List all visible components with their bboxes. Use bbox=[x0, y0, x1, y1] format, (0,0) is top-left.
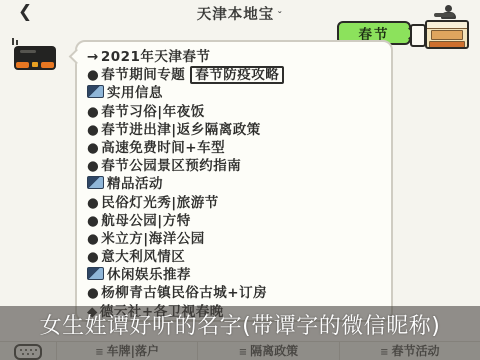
navbar: ❮ 天津本地宝ˇ bbox=[0, 0, 480, 22]
blue-emoji-icon bbox=[87, 267, 104, 280]
bullet-icon: ● bbox=[87, 158, 99, 174]
reply-link-row[interactable]: ●春节进出津|返乡隔离政策 bbox=[87, 121, 383, 139]
reply-link-row[interactable]: ●杨柳青古镇民俗古城+订房 bbox=[87, 284, 383, 302]
bullet-icon: → bbox=[87, 49, 99, 65]
reply-link-text: 高速免费时间+车型 bbox=[101, 140, 225, 156]
title-decoration: ˇ bbox=[277, 11, 283, 22]
reply-link-text: 杨柳青古镇民俗古城+订房 bbox=[101, 285, 267, 301]
reply-link-text: 航母公园|方特 bbox=[101, 213, 190, 229]
account-name: 天津本地宝 bbox=[197, 7, 275, 23]
reply-link-text: 意大利风情区 bbox=[101, 249, 185, 265]
reply-link-row[interactable]: ●春节习俗|年夜饭 bbox=[87, 103, 383, 121]
bullet-icon: ● bbox=[87, 104, 99, 120]
wechat-chat-screen: ❮ 天津本地宝ˇ 春节 →2021年天津春节●春节期间专题春节防疫攻略实用信息●… bbox=[0, 0, 480, 360]
reply-link-row[interactable]: ●春节公园景区预约指南 bbox=[87, 157, 383, 175]
avatar-tick-mark bbox=[12, 38, 14, 45]
reply-link-row[interactable]: ●米立方|海洋公园 bbox=[87, 230, 383, 248]
bullet-icon: ● bbox=[87, 231, 99, 247]
bullet-icon: ● bbox=[87, 140, 99, 156]
avatar-jar-shape bbox=[410, 24, 426, 47]
reply-link-text: 春节期间专题 bbox=[101, 67, 185, 83]
blue-emoji-icon bbox=[87, 176, 104, 189]
reply-link-text: 春节进出津|返乡隔离政策 bbox=[101, 122, 260, 138]
bullet-icon: ● bbox=[87, 67, 99, 83]
account-reply-bubble: →2021年天津春节●春节期间专题春节防疫攻略实用信息●春节习俗|年夜饭●春节进… bbox=[75, 40, 393, 322]
reply-link-text: 精品活动 bbox=[107, 176, 163, 192]
boxed-link-text[interactable]: 春节防疫攻略 bbox=[190, 66, 284, 84]
image-caption: 女生姓谭好听的名字(带谭字的微信昵称) bbox=[0, 309, 480, 340]
reply-link-text: 米立方|海洋公园 bbox=[101, 231, 204, 247]
person-icon bbox=[445, 5, 452, 12]
reply-link-row[interactable]: ●民俗灯光秀|旅游节 bbox=[87, 194, 383, 212]
reply-link-row[interactable]: ●意大利风情区 bbox=[87, 248, 383, 266]
reply-link-row[interactable]: ●航母公园|方特 bbox=[87, 212, 383, 230]
avatar-top-shape bbox=[434, 13, 454, 17]
reply-link-row[interactable]: ●春节期间专题春节防疫攻略 bbox=[87, 66, 383, 84]
reply-link-row[interactable]: 精品活动 bbox=[87, 175, 383, 193]
reply-link-text: 2021年天津春节 bbox=[101, 49, 211, 65]
reply-link-row[interactable]: 休闲娱乐推荐 bbox=[87, 266, 383, 284]
reply-link-row[interactable]: →2021年天津春节 bbox=[87, 48, 383, 66]
reply-link-row[interactable]: 实用信息 bbox=[87, 84, 383, 102]
reply-link-text: 休闲娱乐推荐 bbox=[107, 267, 191, 283]
blue-emoji-icon bbox=[87, 85, 104, 98]
bullet-icon: ● bbox=[87, 195, 99, 211]
avatar-tick-mark bbox=[16, 40, 18, 45]
user-avatar[interactable] bbox=[425, 20, 469, 49]
bullet-icon: ● bbox=[87, 122, 99, 138]
reply-link-list: →2021年天津春节●春节期间专题春节防疫攻略实用信息●春节习俗|年夜饭●春节进… bbox=[87, 48, 383, 321]
bullet-icon: ● bbox=[87, 249, 99, 265]
account-avatar[interactable] bbox=[14, 46, 56, 70]
reply-link-text: 春节习俗|年夜饭 bbox=[101, 104, 204, 120]
reply-link-row[interactable]: ●高速免费时间+车型 bbox=[87, 139, 383, 157]
bullet-icon: ● bbox=[87, 213, 99, 229]
reply-link-text: 春节公园景区预约指南 bbox=[101, 158, 241, 174]
reply-link-text: 实用信息 bbox=[107, 85, 163, 101]
bullet-icon: ● bbox=[87, 285, 99, 301]
reply-link-text: 民俗灯光秀|旅游节 bbox=[101, 195, 218, 211]
